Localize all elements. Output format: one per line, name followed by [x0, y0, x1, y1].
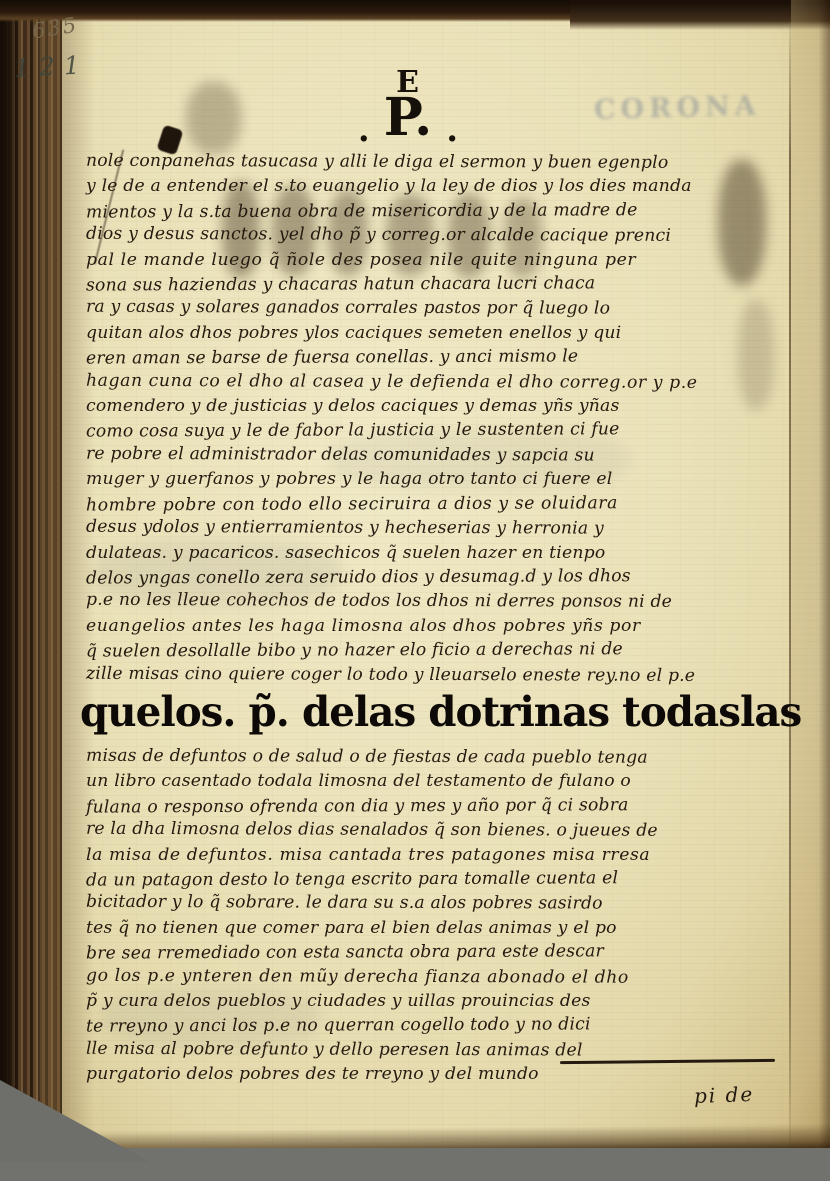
- manuscript-line: euangelios antes les haga limosna alos d…: [86, 614, 798, 638]
- initial-letter-p: P.: [384, 96, 433, 140]
- manuscript-line: muger y guerfanos y pobres y le haga otr…: [86, 467, 798, 491]
- manuscript-line: misas de defuntos o de salud o de fiesta…: [86, 744, 798, 771]
- manuscript-line: quitan alos dhos pobres ylos caciques se…: [86, 321, 798, 345]
- initial-left-dot: .: [358, 120, 370, 140]
- manuscript-scan: 635 121 CORONA E . P. . nole conpanehas …: [0, 0, 830, 1181]
- manuscript-line: da un patagon desto lo tenga escrito par…: [86, 865, 798, 893]
- manuscript-line: delos yngas conello zera seruido dios y …: [86, 563, 798, 591]
- manuscript-line: dulateas. y pacaricos. sasechicos q̃ sue…: [86, 541, 798, 565]
- section-heading: quelos. p̃. delas dotrinas todaslas: [80, 688, 793, 736]
- manuscript-line: como cosa suya y le de fabor la justicia…: [86, 417, 798, 445]
- manuscript-line: p̃ y cura delos pueblos y ciudades y uil…: [86, 989, 798, 1013]
- manuscript-line: tes q̃ no tienen que comer para el bien …: [86, 916, 798, 940]
- manuscript-line: y le de a entender el s.to euangelio y l…: [86, 174, 798, 198]
- manuscript-line: hagan cuna co el dho al casea y le defie…: [86, 368, 798, 395]
- catchword: pi de: [694, 1082, 755, 1108]
- manuscript-line: mientos y la s.ta buena obra de miserico…: [86, 197, 798, 225]
- manuscript-line: te rreyno y anci los p.e no querran coge…: [86, 1012, 798, 1040]
- manuscript-line: hombre pobre con todo ello seciruira a d…: [86, 490, 798, 518]
- manuscript-line: comendero y de justicias y delos cacique…: [86, 394, 798, 418]
- manuscript-paragraph-1: nole conpanehas tasucasa y alli le diga …: [86, 150, 798, 687]
- ink-bleed-smudge: [186, 82, 241, 154]
- manuscript-paragraph-2: misas de defuntos o de salud o de fiesta…: [86, 745, 798, 1087]
- manuscript-line: bicitador y lo q̃ sobrare. le dara su s.…: [86, 890, 798, 917]
- folio-number-ink: 121: [13, 50, 89, 83]
- manuscript-line: fulana o responso ofrenda con dia y mes …: [86, 792, 798, 820]
- section-initial: E . P. .: [348, 70, 468, 140]
- manuscript-line: purgatorio delos pobres des te rreyno y …: [86, 1062, 798, 1086]
- show-through-title-text: CORONA: [594, 89, 815, 126]
- manuscript-line: desus ydolos y entierramientos y hechese…: [86, 515, 798, 542]
- manuscript-line: q̃ suelen desollalle bibo y no hazer elo…: [86, 637, 798, 665]
- manuscript-line: ra y casas y solares ganados corrales pa…: [86, 295, 798, 322]
- manuscript-line: re pobre el administrador delas comunida…: [86, 442, 798, 469]
- manuscript-line: bre sea rremediado con esta sancta obra …: [86, 939, 798, 967]
- manuscript-line: zille misas cino quiere coger lo todo y …: [86, 661, 798, 688]
- initial-right-dot: .: [446, 120, 458, 140]
- manuscript-line: p.e no les lleue cohechos de todos los d…: [86, 588, 798, 615]
- manuscript-line: go los p.e ynteren den mũy derecha fianz…: [86, 963, 798, 990]
- manuscript-line: nole conpanehas tasucasa y alli le diga …: [86, 149, 798, 176]
- manuscript-line: dios y desus sanctos. yel dho p̃ y corre…: [86, 222, 798, 249]
- manuscript-line: eren aman se barse de fuersa conellas. y…: [86, 344, 798, 372]
- manuscript-line: sona sus haziendas y chacaras hatun chac…: [86, 270, 798, 298]
- manuscript-line: re la dha limosna delos dias senalados q…: [86, 817, 798, 844]
- manuscript-line: un libro casentado todala limosna del te…: [86, 769, 798, 793]
- manuscript-line: pal le mande luego q̃ ñole des posea nil…: [86, 248, 798, 272]
- manuscript-line: la misa de defuntos. misa cantada tres p…: [86, 843, 798, 867]
